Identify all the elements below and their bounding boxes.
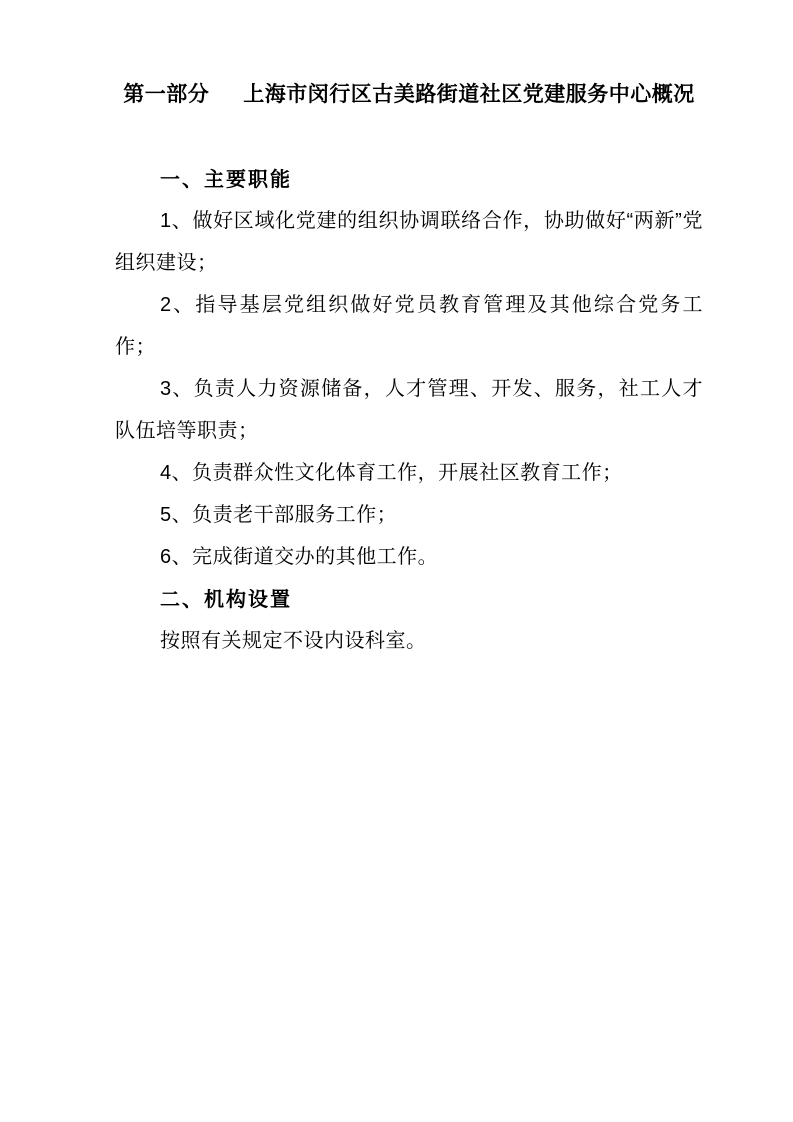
document-page: 第一部分上海市闵行区古美路街道社区党建服务中心概况 一、主要职能 1、做好区域化… xyxy=(0,0,793,1122)
blank-line xyxy=(115,116,703,158)
title-part-name: 上海市闵行区古美路街道社区党建服务中心概况 xyxy=(243,83,695,106)
section-heading-organization-setup: 二、机构设置 xyxy=(115,578,703,620)
organization-setup-paragraph: 按照有关规定不设内设科室。 xyxy=(115,620,703,662)
function-item-3: 3、负责人力资源储备，人才管理、开发、服务，社工人才队伍培等职责； xyxy=(115,368,703,452)
function-item-1: 1、做好区域化党建的组织协调联络合作，协助做好“两新”党组织建设； xyxy=(115,200,703,284)
function-item-4: 4、负责群众性文化体育工作，开展社区教育工作； xyxy=(115,452,703,494)
section-heading-main-functions: 一、主要职能 xyxy=(115,158,703,200)
page-title: 第一部分上海市闵行区古美路街道社区党建服务中心概况 xyxy=(115,74,703,116)
function-item-2: 2、指导基层党组织做好党员教育管理及其他综合党务工作； xyxy=(115,284,703,368)
function-item-6: 6、完成街道交办的其他工作。 xyxy=(115,536,703,578)
function-item-5: 5、负责老干部服务工作； xyxy=(115,494,703,536)
title-part-number: 第一部分 xyxy=(123,83,209,106)
